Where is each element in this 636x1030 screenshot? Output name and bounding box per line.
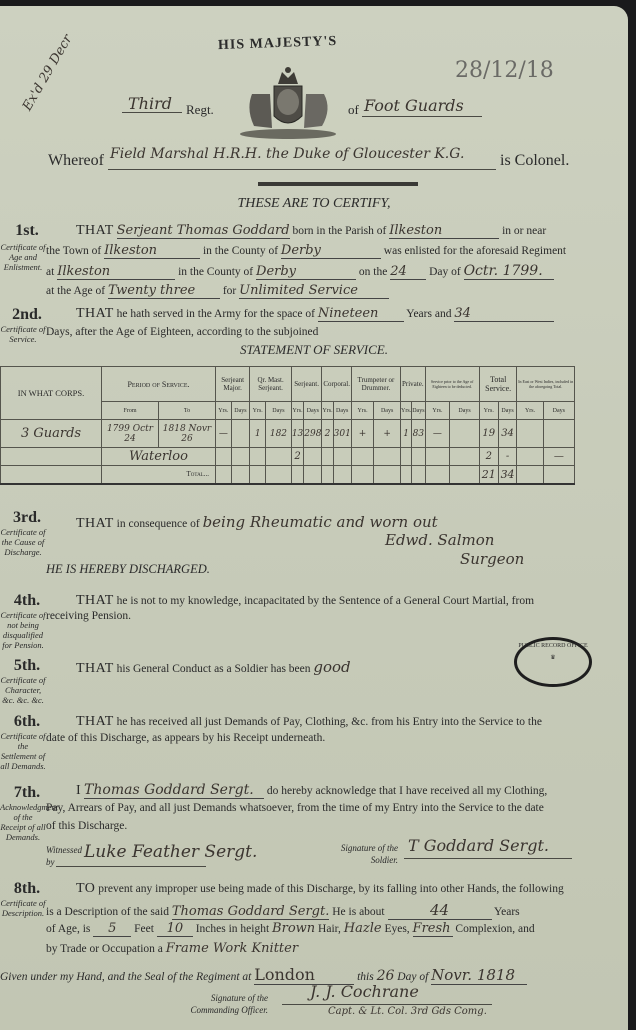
yrs-header: Yrs. — [216, 402, 232, 420]
service-text: he hath served in the Army for the space… — [117, 308, 315, 320]
left-margin-note: Ex'd 29 Decr — [20, 32, 76, 113]
days-header: Days — [231, 402, 250, 420]
acknowledge-text-2: Pay, Arrears of Pay, and all just Demand… — [46, 802, 544, 814]
section-6-caption: Certificate of the Settlement of all Dem… — [0, 731, 46, 771]
rank-header-qm-serjeant: Qr. Mast. Serjeant. — [250, 367, 292, 402]
i-label: I — [76, 783, 81, 798]
section-8-number: 8th. — [8, 880, 46, 898]
acknowledge-text-3: of this Discharge. — [46, 820, 127, 832]
rank-header-corporal: Corporal. — [322, 367, 351, 402]
section-5-number: 5th. — [8, 657, 46, 675]
enlist-place: Ilkeston — [57, 264, 175, 280]
from-header: From — [102, 402, 159, 420]
parish-value: Ilkeston — [389, 223, 499, 239]
to-header: To — [159, 402, 216, 420]
cell: 2 — [322, 420, 333, 448]
of-label: of — [348, 102, 359, 118]
rank-header-total: Total Service. — [479, 367, 517, 402]
eye-colour: Hazle — [344, 921, 382, 936]
section-2-number: 2nd. — [8, 306, 46, 324]
town-value: Ilkeston — [104, 243, 200, 259]
that-label: THAT — [76, 306, 114, 321]
given-month-year: Novr. 1818 — [431, 966, 527, 985]
cell: + — [351, 420, 373, 448]
for-label: for — [223, 285, 236, 297]
rank-header-private: Private. — [401, 367, 426, 402]
given-under-text: Given under my Hand, and the Seal of the… — [0, 971, 251, 983]
section-3-caption: Certificate of the Cause of Discharge. — [0, 527, 46, 557]
document-title: HIS MAJESTY'S — [218, 34, 338, 54]
discharged-statement: HE IS HEREBY DISCHARGED. — [46, 562, 210, 577]
period-header: Period of Service. — [102, 367, 216, 402]
statement-of-service-table: IN WHAT CORPS. Period of Service. Serjea… — [0, 366, 575, 485]
town-label: the Town of — [46, 245, 101, 257]
that-label: THAT — [76, 516, 114, 531]
yrs-header: Yrs. — [322, 402, 333, 420]
near-label: in or near — [502, 225, 546, 237]
days-header: Days — [374, 402, 401, 420]
at-label: at — [46, 266, 54, 278]
cell: + — [374, 420, 401, 448]
conduct-label: his General Conduct as a Soldier has bee… — [117, 663, 311, 675]
co-signature: J. J. Cochrane — [310, 982, 419, 1001]
soldier-name: Serjeant Thomas Goddard — [117, 223, 290, 239]
section-1-number: 1st. — [8, 222, 46, 240]
yrs-header: Yrs. — [425, 402, 450, 420]
days-header: Days — [412, 402, 425, 420]
complexion-label: Complexion, and — [455, 923, 534, 935]
height-inches: 10 — [157, 921, 193, 937]
pension-text-2: receiving Pension. — [46, 610, 131, 622]
born-label: born in the Parish of — [292, 225, 386, 237]
statement-heading: STATEMENT OF SERVICE. — [0, 342, 628, 358]
feet-label: Feet — [134, 923, 154, 935]
section-6-number: 6th. — [8, 713, 46, 731]
waterloo-row: Waterloo 2 2 - — — [1, 448, 575, 466]
record-office-stamp: PUBLIC RECORD OFFICE♛ — [514, 637, 592, 687]
to-value: 1818 Novr 26 — [159, 420, 216, 448]
eyes-label: Eyes, — [384, 923, 409, 935]
waterloo-label: Waterloo — [102, 448, 216, 466]
acknowledging-soldier: Thomas Goddard Sergt. — [84, 782, 264, 799]
surgeon-title: Surgeon — [460, 550, 524, 568]
table-row: 3 Guards 1799 Octr 24 1818 Novr 26 — 1 1… — [1, 420, 575, 448]
county2-value: Derby — [256, 264, 356, 280]
enlist-age: Twenty three — [108, 283, 220, 299]
service-term: Unlimited Service — [239, 283, 389, 299]
total-days-cell: 34 — [498, 420, 517, 448]
age-label: at the Age of — [46, 285, 105, 297]
section-5-caption: Certificate of Character, &c. &c. &c. — [0, 675, 46, 705]
described-soldier: Thomas Goddard Sergt. — [172, 904, 330, 920]
colonel-name: Field Marshal H.R.H. the Duke of Glouces… — [110, 146, 464, 162]
regiment-number: Third — [128, 94, 172, 113]
regiment-name: Foot Guards — [364, 96, 464, 115]
days-header: Days — [304, 402, 322, 420]
waterloo-total-years: 2 — [479, 448, 498, 466]
cell: — — [216, 420, 232, 448]
demands-text-2: date of this Discharge, as appears by hi… — [46, 732, 325, 744]
whereof-label: Whereof — [48, 152, 104, 170]
from-value: 1799 Octr 24 — [102, 420, 159, 448]
to-label: TO — [76, 881, 95, 896]
county2-label: in the County of — [178, 266, 253, 278]
waterloo-serjeant-years: 2 — [291, 448, 303, 466]
cell — [450, 420, 480, 448]
conduct-value: good — [313, 658, 350, 676]
that-label: THAT — [76, 661, 114, 676]
discharge-cause: being Rheumatic and worn out — [203, 513, 438, 531]
rank-header-prior-service: Service prior to the Age of Eighteen to … — [425, 367, 479, 402]
that-label: THAT — [76, 714, 114, 729]
yrs-header: Yrs. — [401, 402, 412, 420]
service-text-2: Days, after the Age of Eighteen, accordi… — [46, 326, 318, 338]
header-rule — [258, 182, 418, 186]
days-header: Days — [333, 402, 351, 420]
discharge-age: 44 — [388, 901, 492, 920]
royal-coat-of-arms-icon — [232, 64, 344, 140]
height-feet: 5 — [93, 921, 131, 937]
section-4-number: 4th. — [8, 592, 46, 610]
grand-total-days: 34 — [498, 466, 517, 484]
witness-signature: Luke Feather Sergt. — [84, 842, 257, 862]
days-header: Days — [266, 402, 292, 420]
yrs-header: Yrs. — [351, 402, 373, 420]
rank-header-serjeant-major: Serjeant Major. — [216, 367, 250, 402]
cell: 1 — [401, 420, 412, 448]
total-years-cell: 19 — [479, 420, 498, 448]
cell: 1 — [250, 420, 266, 448]
county-label: in the County of — [203, 245, 278, 257]
description-label: is a Description of the said — [46, 906, 169, 918]
section-2-caption: Certificate of Service. — [0, 324, 46, 344]
service-years: Nineteen — [318, 306, 404, 322]
yrs-header: Yrs. — [291, 402, 303, 420]
demands-text: he has received all just Demands of Pay,… — [117, 716, 542, 728]
total-row: Total... 21 34 — [1, 466, 575, 484]
co-signature-label: Signature of the Commanding Officer. — [180, 992, 268, 1016]
section-3-number: 3rd. — [8, 509, 46, 527]
ofage-label: of Age, is — [46, 923, 90, 935]
hair-colour: Brown — [272, 921, 315, 936]
yrs-header: Yrs. — [250, 402, 266, 420]
years-label: Years — [494, 906, 520, 918]
cell — [543, 420, 574, 448]
rank-header-drummer: Trumpeter or Drummer. — [351, 367, 400, 402]
acknowledge-text: do hereby acknowledge that I have receiv… — [267, 785, 547, 797]
soldier-signature-label: Signature of the Soldier. — [336, 842, 398, 866]
trade-value: Frame Work Knitter — [166, 941, 298, 956]
section-1-caption: Certificate of Age and Enlistment. — [0, 242, 46, 272]
discharge-document: Ex'd 29 Decr HIS MAJESTY'S 28/12/18 Thir… — [0, 6, 628, 1030]
trade-label: by Trade or Occupation a — [46, 943, 163, 955]
enlist-month-year: Octr. 1799. — [464, 263, 554, 280]
cell: 13 — [291, 420, 303, 448]
hair-label: Hair, — [318, 923, 341, 935]
years-label: Years and — [406, 308, 451, 320]
section-7-number: 7th. — [8, 784, 46, 802]
about-label: He is about — [332, 906, 384, 918]
waterloo-total-days: - — [498, 448, 517, 466]
colonel-suffix: is Colonel. — [500, 152, 569, 170]
cell: 83 — [412, 420, 425, 448]
county-value: Derby — [281, 243, 381, 259]
corps-value: 3 Guards — [1, 420, 102, 448]
cell: — — [425, 420, 450, 448]
days-header: Days — [450, 402, 480, 420]
rank-header-indies: In East or West Indies, included in the … — [517, 367, 575, 402]
cell: 298 — [304, 420, 322, 448]
cell: 301 — [333, 420, 351, 448]
witnessed-label: Witnessed by — [46, 844, 82, 868]
corps-header: IN WHAT CORPS. — [1, 367, 102, 420]
that-label: THAT — [76, 223, 114, 238]
certify-heading: THESE ARE TO CERTIFY, — [0, 196, 628, 212]
soldier-signature: T Goddard Sergt. — [408, 836, 549, 855]
rank-header-serjeant: Serjeant. — [291, 367, 322, 402]
section-7-caption: Acknowledgment of the Receipt of all Dem… — [0, 802, 46, 842]
cell: 182 — [266, 420, 292, 448]
regt-label: Regt. — [186, 102, 214, 118]
yrs-header: Yrs. — [517, 402, 543, 420]
section-4-caption: Certificate of not being disqualified fo… — [0, 610, 46, 650]
cell — [517, 420, 543, 448]
stamp-text: PUBLIC RECORD OFFICE — [518, 643, 587, 649]
enlisted-label: was enlisted for the aforesaid Regiment — [384, 245, 566, 257]
yrs-header: Yrs. — [479, 402, 498, 420]
co-rank: Capt. & Lt. Col. 3rd Gds Comg. — [328, 1006, 487, 1017]
complexion-value: Fresh — [413, 921, 453, 937]
surgeon-name: Edwd. Salmon — [385, 531, 494, 549]
section-8-caption: Certificate of Description. — [0, 898, 46, 918]
that-label: THAT — [76, 593, 114, 608]
dayof-label: Day of — [429, 266, 461, 278]
total-label: Total... — [102, 466, 216, 484]
service-days: 34 — [454, 306, 554, 322]
grand-total-years: 21 — [479, 466, 498, 484]
corner-date-note: 28/12/18 — [455, 58, 554, 83]
on-label: on the — [359, 266, 387, 278]
days-header: Days — [543, 402, 574, 420]
cell — [231, 420, 250, 448]
days-header: Days — [498, 402, 517, 420]
inches-label: Inches in height — [196, 923, 269, 935]
pension-text: he is not to my knowledge, incapacitated… — [117, 595, 534, 607]
enlist-day: 24 — [390, 264, 426, 280]
waterloo-indies: — — [543, 448, 574, 466]
description-intro: prevent any improper use being made of t… — [98, 883, 563, 895]
consequence-label: in consequence of — [117, 518, 200, 530]
